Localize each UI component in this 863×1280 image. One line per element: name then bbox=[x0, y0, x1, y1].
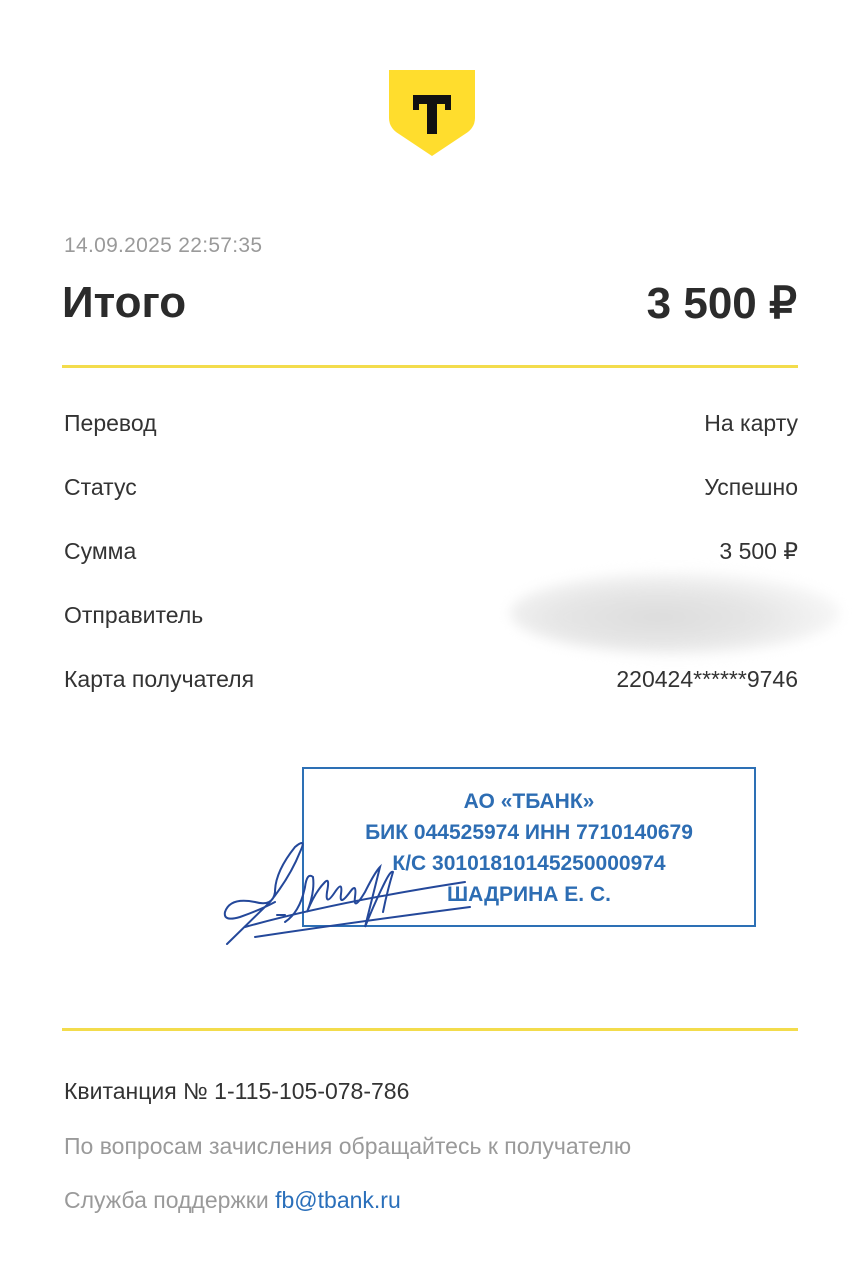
detail-label: Статус bbox=[64, 474, 137, 501]
detail-row-status: Статус Успешно bbox=[64, 474, 798, 504]
detail-value: На карту bbox=[704, 410, 798, 437]
support-email-link[interactable]: fb@tbank.ru bbox=[275, 1187, 401, 1213]
detail-row-amount: Сумма 3 500 ₽ bbox=[64, 538, 798, 568]
signature-icon bbox=[215, 832, 475, 952]
transaction-datetime: 14.09.2025 22:57:35 bbox=[64, 234, 262, 258]
detail-label: Карта получателя bbox=[64, 666, 254, 693]
receipt-number: Квитанция № 1-115-105-078-786 bbox=[64, 1078, 409, 1105]
detail-label: Сумма bbox=[64, 538, 136, 565]
stamp-bank-name: АО «ТБАНК» bbox=[304, 786, 754, 817]
detail-row-transfer: Перевод На карту bbox=[64, 410, 798, 440]
recipient-card-value: 220424******9746 bbox=[616, 666, 798, 693]
status-value: Успешно bbox=[704, 474, 798, 501]
sender-redaction-blur bbox=[510, 572, 840, 654]
tbank-logo bbox=[387, 68, 477, 158]
total-amount: 3 500 ₽ bbox=[647, 278, 797, 329]
amount-value: 3 500 ₽ bbox=[719, 538, 798, 565]
detail-row-recipient-card: Карта получателя 220424******9746 bbox=[64, 666, 798, 696]
divider-top bbox=[62, 365, 798, 368]
total-label: Итого bbox=[62, 278, 186, 328]
crediting-note: По вопросам зачисления обращайтесь к пол… bbox=[64, 1133, 631, 1160]
support-label: Служба поддержки bbox=[64, 1187, 275, 1213]
shield-logo-icon bbox=[387, 68, 477, 158]
support-line: Служба поддержки fb@tbank.ru bbox=[64, 1187, 401, 1214]
detail-label: Перевод bbox=[64, 410, 157, 437]
detail-label: Отправитель bbox=[64, 602, 203, 629]
divider-bottom bbox=[62, 1028, 798, 1031]
